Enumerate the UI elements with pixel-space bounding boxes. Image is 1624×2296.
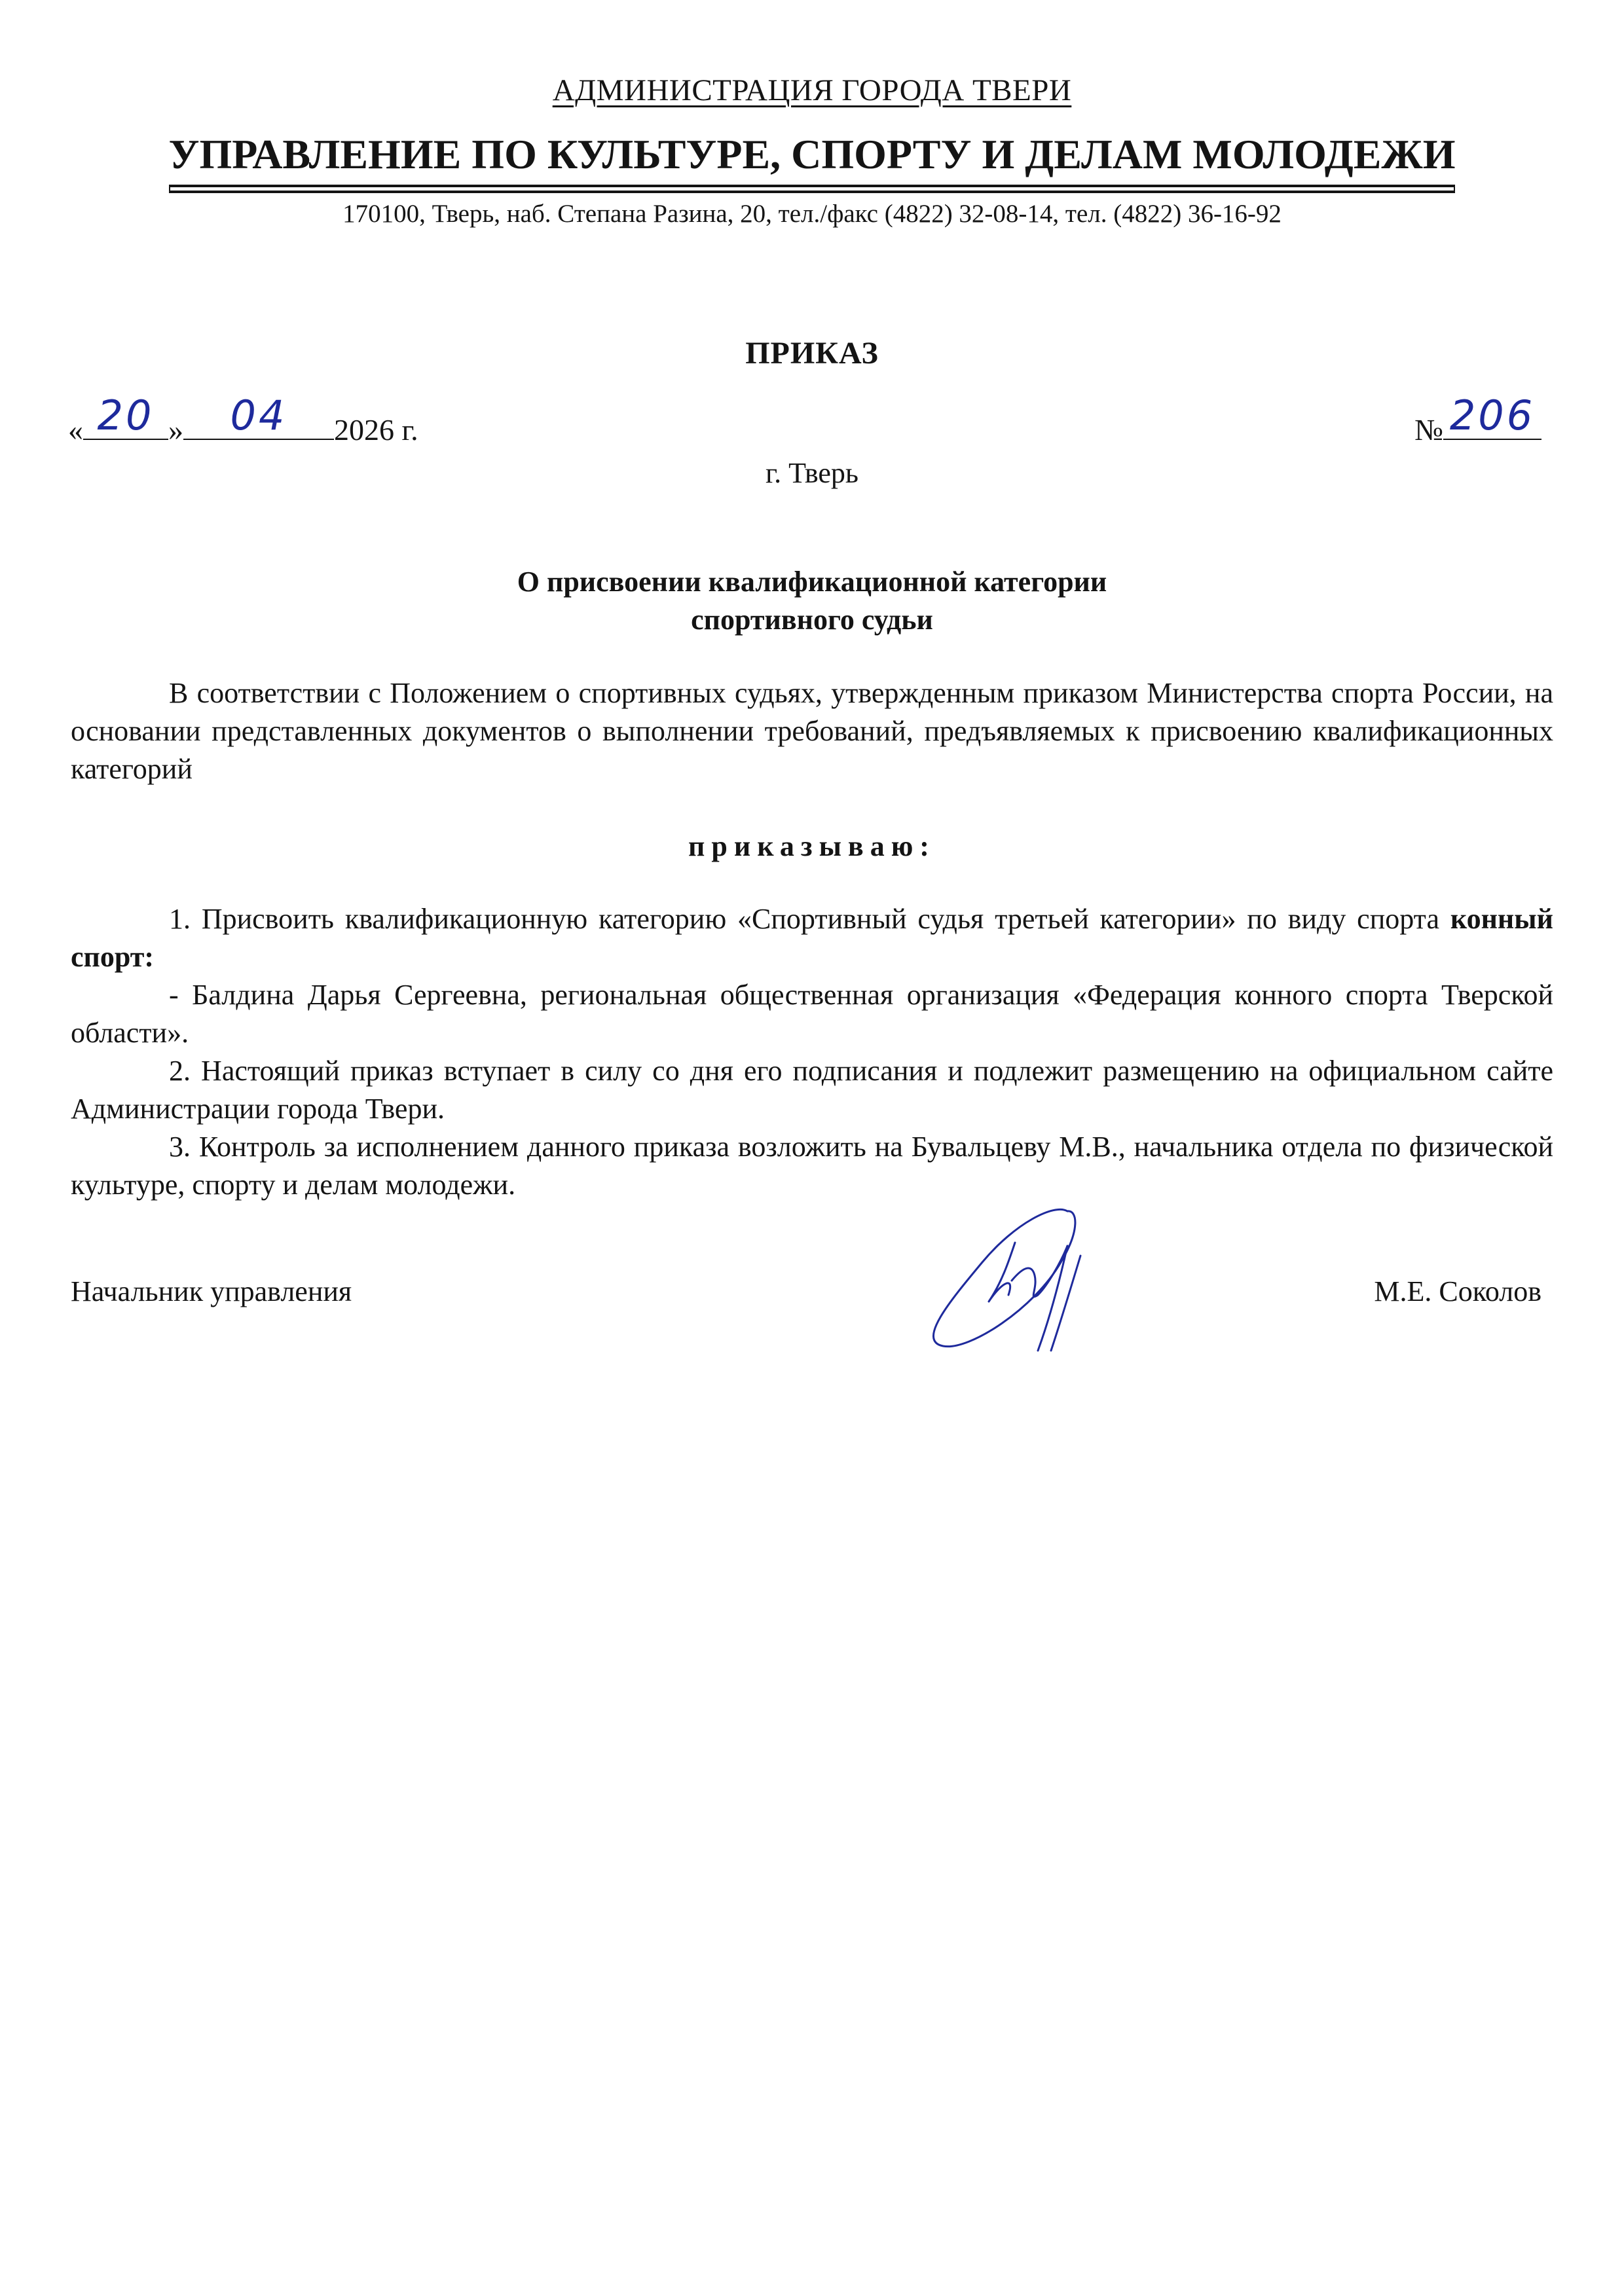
letterhead-administration: АДМИНИСТРАЦИЯ ГОРОДА ТВЕРИ <box>0 71 1624 110</box>
decree-word: приказываю: <box>0 828 1624 865</box>
order-item-3: 3. Контроль за исполнением данного прика… <box>71 1128 1553 1204</box>
date-open-quote: « <box>68 413 83 446</box>
order-number: №206 <box>1414 406 1541 450</box>
assigned-person: - Балдина Дарья Сергеевна, региональная … <box>71 976 1553 1052</box>
order-date: «20»042026 г. <box>68 406 418 450</box>
date-year: 2026 г. <box>334 413 418 446</box>
preamble-paragraph: В соответствии с Положением о спортивных… <box>71 674 1553 788</box>
signer-name: М.Е. Соколов <box>1374 1273 1541 1310</box>
order-subject: О присвоении квалификационной категории … <box>0 563 1624 639</box>
date-day-field: 20 <box>83 406 168 440</box>
date-month-field: 04 <box>183 406 334 440</box>
subject-line-2: спортивного судьи <box>0 601 1624 639</box>
department-name: УПРАВЛЕНИЕ ПО КУЛЬТУРЕ, СПОРТУ И ДЕЛАМ М… <box>169 128 1456 187</box>
item-1-text: 1. Присвоить квалификационную категорию … <box>169 903 1450 935</box>
order-city: г. Тверь <box>0 455 1624 492</box>
letterhead-address: 170100, Тверь, наб. Степана Разина, 20, … <box>0 198 1624 230</box>
administration-name: АДМИНИСТРАЦИЯ ГОРОДА ТВЕРИ <box>553 73 1072 107</box>
signer-position: Начальник управления <box>71 1273 352 1310</box>
number-handwritten: 206 <box>1443 395 1541 436</box>
signature-scribble-icon <box>904 1203 1126 1354</box>
number-sign: № <box>1414 413 1443 446</box>
order-title: ПРИКАЗ <box>0 334 1624 373</box>
date-month-handwritten: 04 <box>183 395 334 436</box>
number-field: 206 <box>1443 406 1541 440</box>
letterhead-department: УПРАВЛЕНИЕ ПО КУЛЬТУРЕ, СПОРТУ И ДЕЛАМ М… <box>0 128 1624 187</box>
date-day-handwritten: 20 <box>83 395 168 436</box>
subject-line-1: О присвоении квалификационной категории <box>0 563 1624 601</box>
date-close-quote: » <box>168 413 183 446</box>
order-item-1: 1. Присвоить квалификационную категорию … <box>71 900 1553 976</box>
order-item-2: 2. Настоящий приказ вступает в силу со д… <box>71 1052 1553 1128</box>
handwritten-signature <box>904 1203 1126 1354</box>
